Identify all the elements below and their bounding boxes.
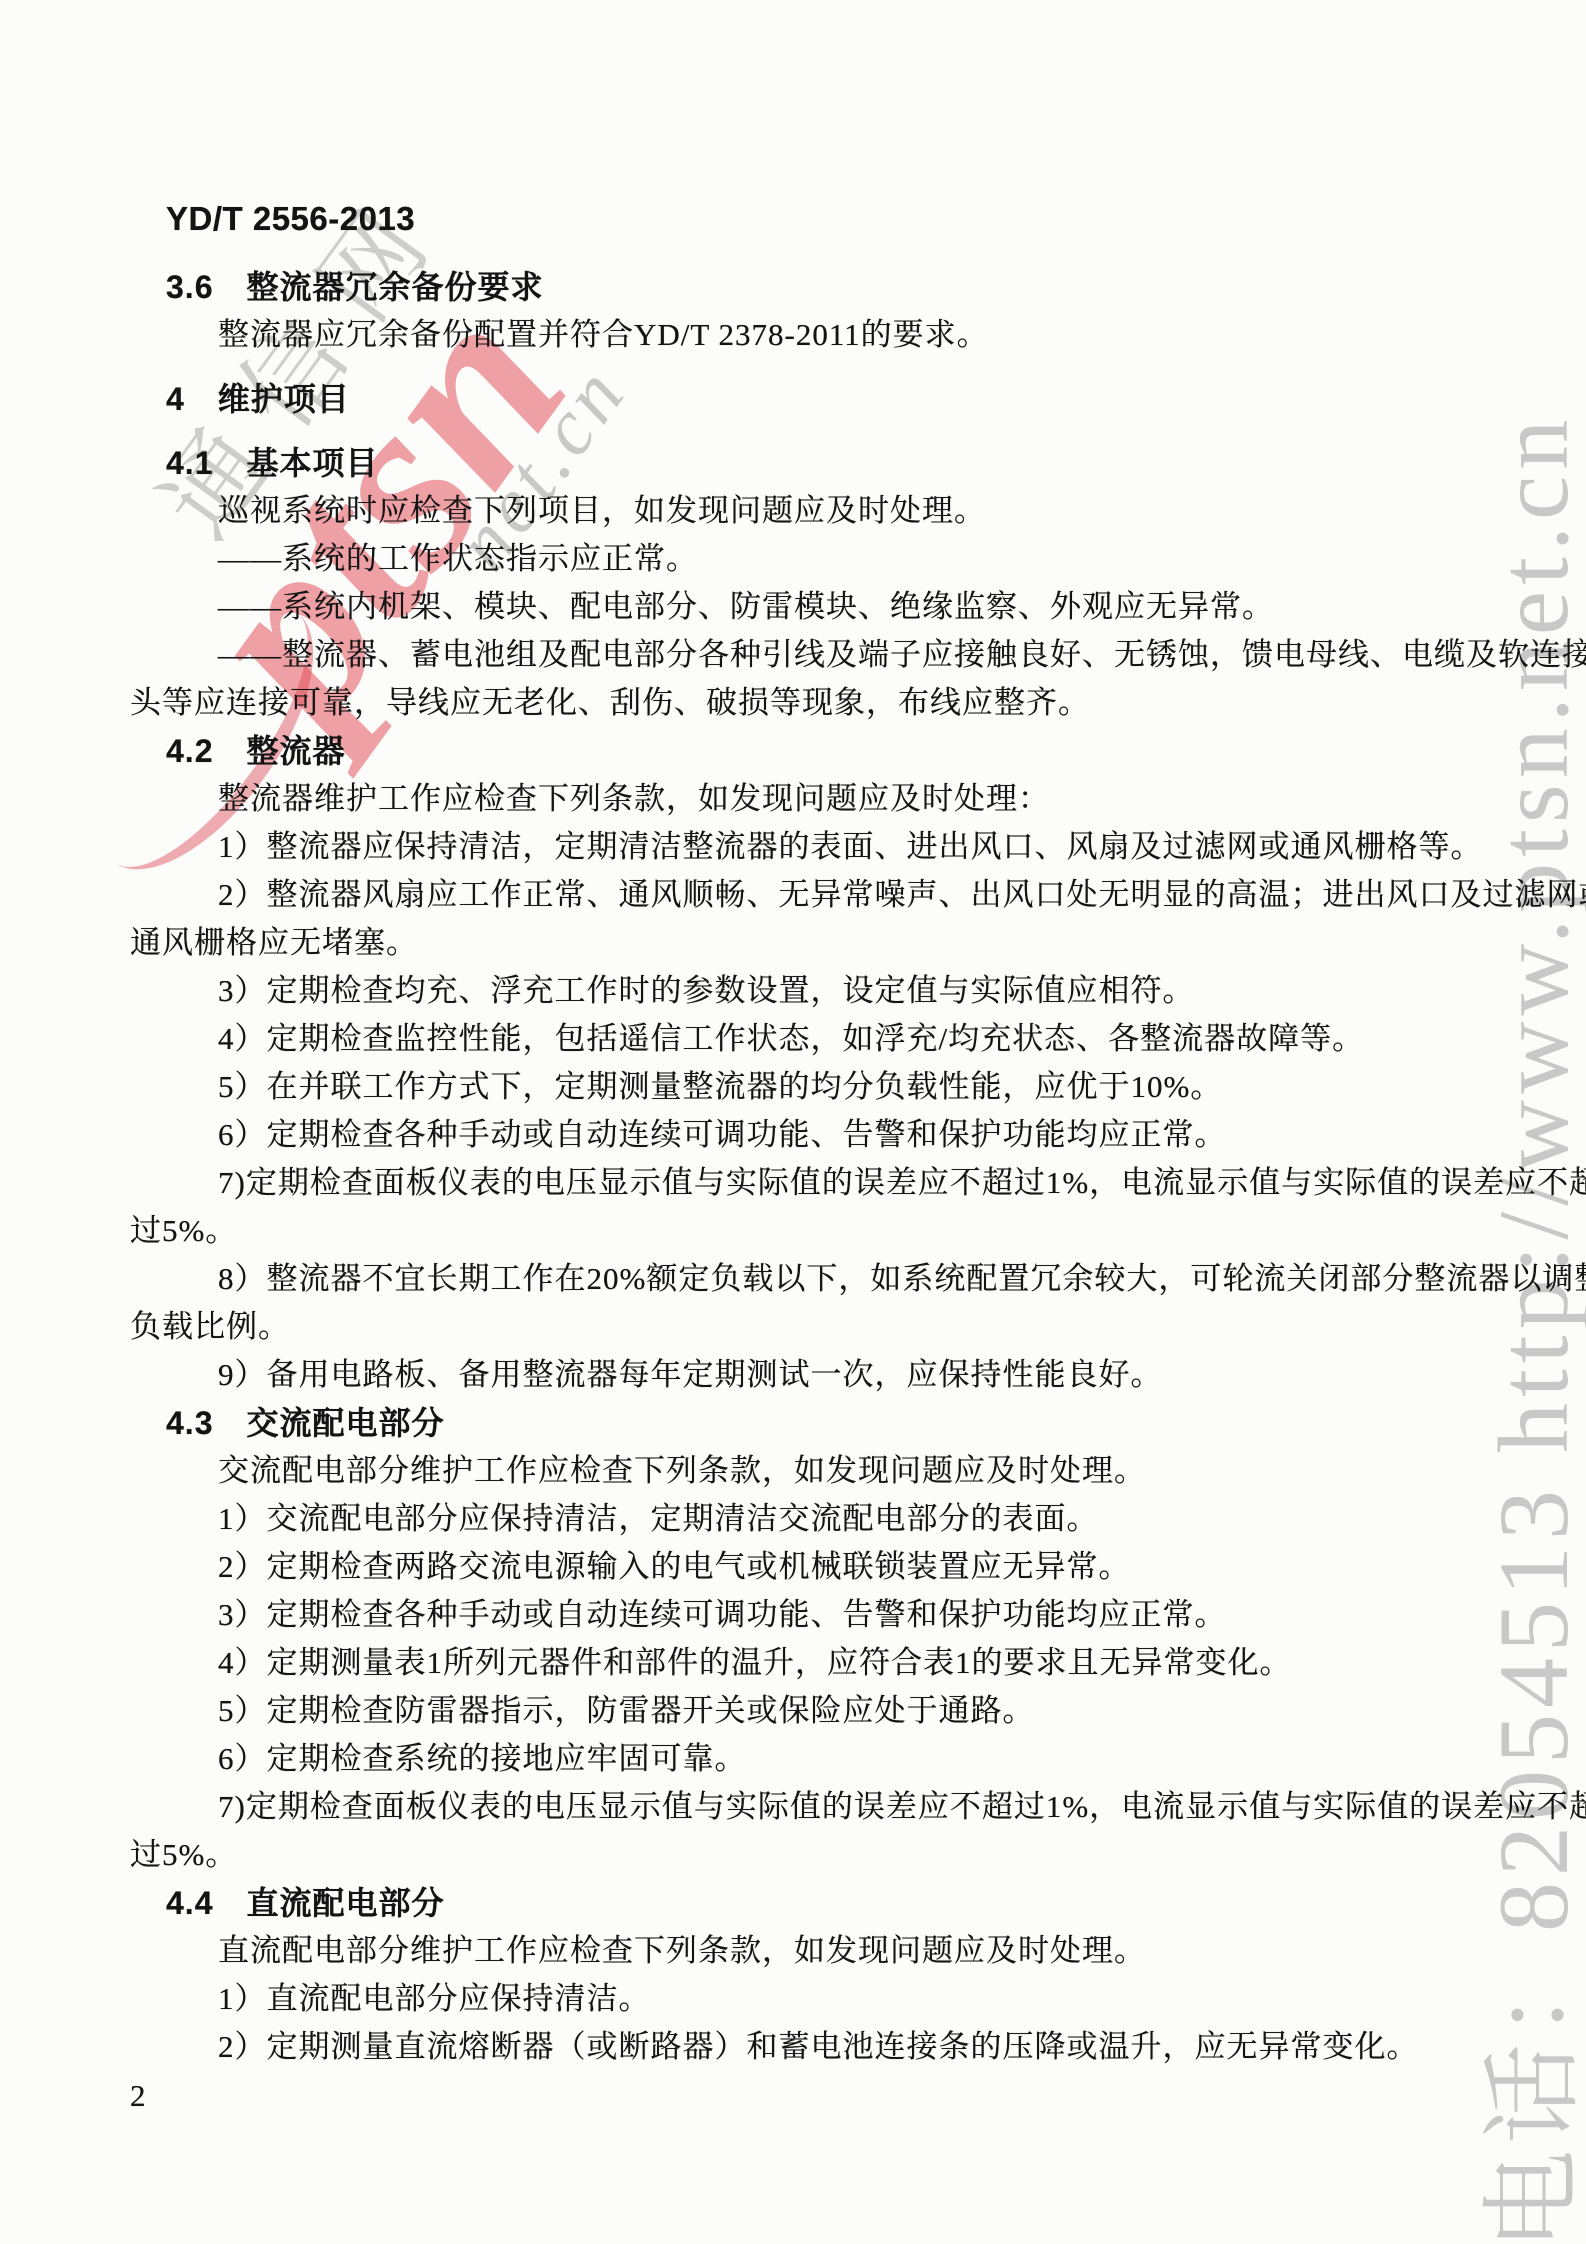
text-line: 3）定期检查各种手动或自动连续可调功能、告警和保护功能均应正常。 [130,1591,1475,1639]
text-line: 5）定期检查防雷器指示，防雷器开关或保险应处于通路。 [130,1687,1475,1735]
text-line: 7)定期检查面板仪表的电压显示值与实际值的误差应不超过1%，电流显示值与实际值的… [130,1783,1475,1831]
document-page: 通信网 ptsn net.cn 电话：82054513 http://www.p… [0,0,1586,2244]
text-line: 9）备用电路板、备用整流器每年定期测试一次，应保持性能良好。 [130,1351,1475,1399]
text-line: 直流配电部分维护工作应检查下列条款，如发现问题应及时处理。 [130,1927,1475,1975]
text-line: 整流器维护工作应检查下列条款，如发现问题应及时处理： [130,775,1475,823]
text-line: 4.2 整流器 [130,727,1475,775]
page-number: 2 [130,2078,146,2114]
text-line: ——整流器、蓄电池组及配电部分各种引线及端子应接触良好、无锈蚀，馈电母线、电缆及… [130,631,1475,679]
text-line: 2）定期检查两路交流电源输入的电气或机械联锁装置应无异常。 [130,1543,1475,1591]
content-area: YD/T 2556-20133.6 整流器冗余备份要求整流器应冗余备份配置并符合… [130,195,1475,2071]
text-line: 2）整流器风扇应工作正常、通风顺畅、无异常噪声、出风口处无明显的高温；进出风口及… [130,871,1475,919]
text-line: 通风栅格应无堵塞。 [130,919,1475,967]
text-line: YD/T 2556-2013 [130,195,1475,243]
text-line: 整流器应冗余备份配置并符合YD/T 2378-2011的要求。 [130,311,1475,359]
text-line: 4）定期检查监控性能，包括遥信工作状态，如浮充/均充状态、各整流器故障等。 [130,1015,1475,1063]
text-line: 1）交流配电部分应保持清洁，定期清洁交流配电部分的表面。 [130,1495,1475,1543]
text-line: 4）定期测量表1所列元器件和部件的温升，应符合表1的要求且无异常变化。 [130,1639,1475,1687]
text-line: 4.1 基本项目 [130,439,1475,487]
text-line: 负载比例。 [130,1303,1475,1351]
text-line: 过5%。 [130,1831,1475,1879]
text-line: 5）在并联工作方式下，定期测量整流器的均分负载性能，应优于10%。 [130,1063,1475,1111]
text-line: 1）整流器应保持清洁，定期清洁整流器的表面、进出风口、风扇及过滤网或通风栅格等。 [130,823,1475,871]
text-line: 1）直流配电部分应保持清洁。 [130,1975,1475,2023]
text-line: 8）整流器不宜长期工作在20%额定负载以下，如系统配置冗余较大，可轮流关闭部分整… [130,1255,1475,1303]
text-line: 4 维护项目 [130,375,1475,423]
text-line: 过5%。 [130,1207,1475,1255]
text-line: ——系统内机架、模块、配电部分、防雷模块、绝缘监察、外观应无异常。 [130,583,1475,631]
text-line: 2）定期测量直流熔断器（或断路器）和蓄电池连接条的压降或温升，应无异常变化。 [130,2023,1475,2071]
text-line: 头等应连接可靠，导线应无老化、刮伤、破损等现象，布线应整齐。 [130,679,1475,727]
text-line: 4.3 交流配电部分 [130,1399,1475,1447]
text-line: 交流配电部分维护工作应检查下列条款，如发现问题应及时处理。 [130,1447,1475,1495]
text-line: ——系统的工作状态指示应正常。 [130,535,1475,583]
text-line: 巡视系统时应检查下列项目，如发现问题应及时处理。 [130,487,1475,535]
text-line: 4.4 直流配电部分 [130,1879,1475,1927]
text-line: 6）定期检查各种手动或自动连续可调功能、告警和保护功能均应正常。 [130,1111,1475,1159]
text-line: 3）定期检查均充、浮充工作时的参数设置，设定值与实际值应相符。 [130,967,1475,1015]
text-line: 6）定期检查系统的接地应牢固可靠。 [130,1735,1475,1783]
text-line: 7)定期检查面板仪表的电压显示值与实际值的误差应不超过1%，电流显示值与实际值的… [130,1159,1475,1207]
text-line: 3.6 整流器冗余备份要求 [130,263,1475,311]
